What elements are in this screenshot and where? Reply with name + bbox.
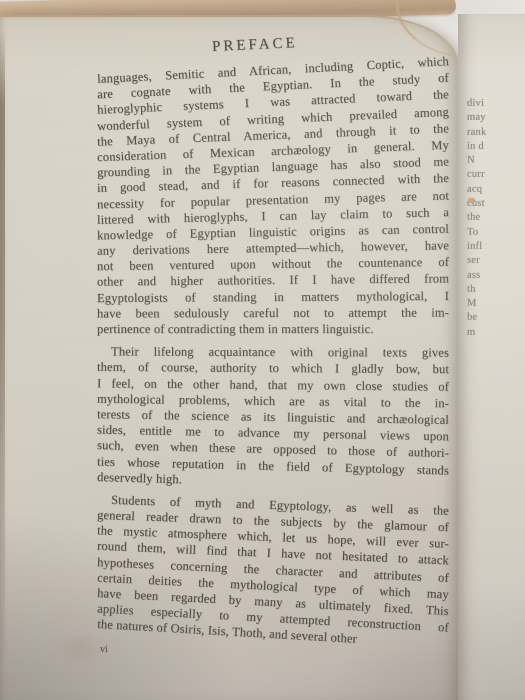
next-page-text-fragment: may bbox=[467, 111, 523, 126]
paper-stain bbox=[56, 632, 104, 664]
paper-speck bbox=[468, 198, 475, 203]
page-title: PREFACE bbox=[212, 35, 298, 56]
page-left-edge-shadow bbox=[0, 30, 5, 670]
paragraph: Their lifelong acquaintance with origina… bbox=[97, 344, 449, 490]
next-page-text-fragment: N bbox=[467, 154, 523, 169]
next-page-text-fragment: To bbox=[467, 225, 523, 240]
text-line: pertinence of contradicting them in matt… bbox=[97, 321, 449, 337]
page-text: languages, Semitic and African, includin… bbox=[97, 62, 449, 643]
next-page-text-fragment: ser bbox=[467, 254, 523, 269]
next-page-text-fragment: ass bbox=[467, 268, 523, 283]
book-photo: divimayrankin dNcurracqcusttheToinflsera… bbox=[0, 0, 525, 700]
next-page-text-fragment: M bbox=[467, 297, 523, 312]
text-line: have been sedulously careful not to atte… bbox=[97, 304, 449, 321]
next-page-text-fragment: m bbox=[467, 325, 523, 340]
next-page-text: divimayrankin dNcurracqcusttheToinflsera… bbox=[467, 97, 523, 340]
next-page-text-fragment: in d bbox=[467, 140, 523, 155]
page-title-row: PREFACE bbox=[97, 36, 449, 54]
next-page-edge: divimayrankin dNcurracqcusttheToinflsera… bbox=[458, 14, 525, 700]
next-page-text-fragment: divi bbox=[467, 97, 523, 112]
next-page-text-fragment: acq bbox=[467, 182, 523, 197]
next-page-text-fragment: rank bbox=[467, 125, 523, 140]
next-page-text-fragment: th bbox=[467, 283, 523, 298]
next-page-text-fragment: curr bbox=[467, 168, 523, 183]
next-page-text-fragment: the bbox=[467, 211, 523, 226]
paragraph: Students of myth and Egyptology, as well… bbox=[97, 497, 449, 643]
next-page-text-fragment: be bbox=[467, 311, 523, 326]
text-line: Egyptologists of standing in matters myt… bbox=[97, 288, 449, 306]
next-page-text-fragment: infl bbox=[467, 240, 523, 255]
paragraph: languages, Semitic and African, includin… bbox=[97, 62, 449, 337]
next-page-text-fragment: cust bbox=[467, 197, 523, 212]
